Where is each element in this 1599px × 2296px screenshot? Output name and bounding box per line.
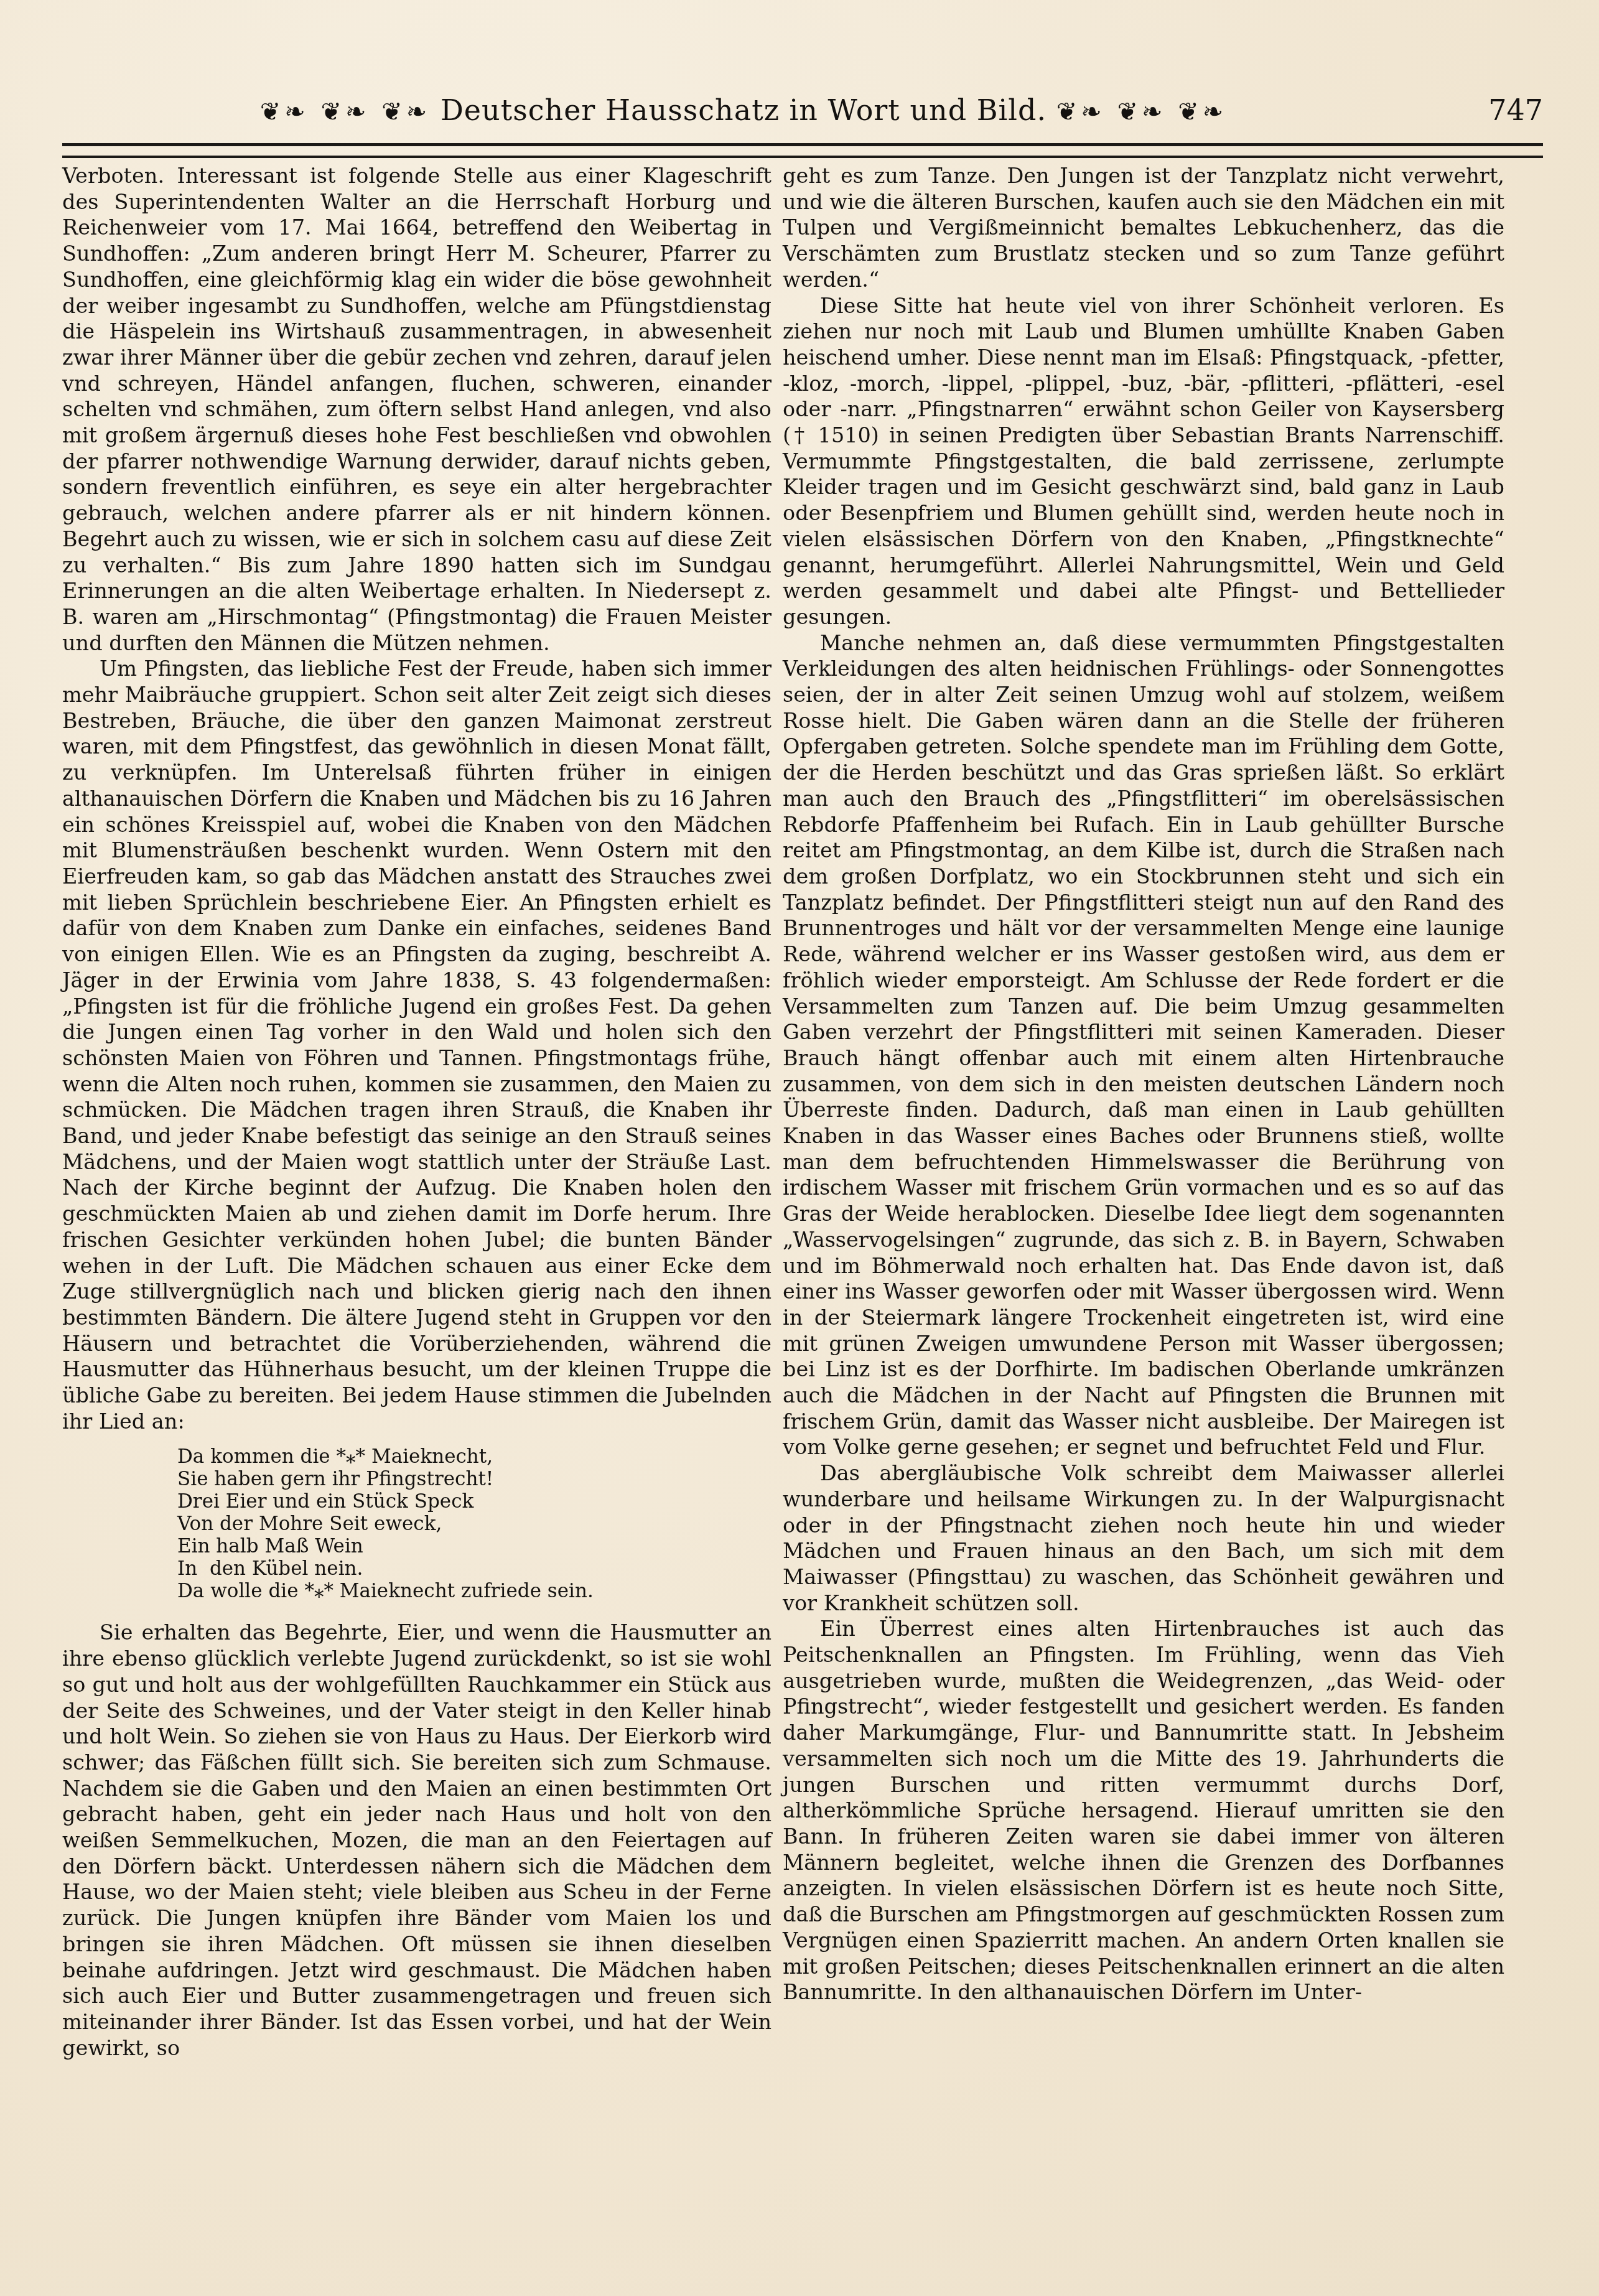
poem-line: Von der Mohre Seit eweck, <box>177 1513 772 1535</box>
page-number: 747 <box>1488 93 1543 127</box>
header-rule-top <box>62 143 1543 146</box>
poem-line: In den Kübel nein. <box>177 1557 772 1580</box>
paragraph: Diese Sitte hat heute viel von ihrer Sch… <box>783 293 1504 630</box>
left-column: Verboten. Interessant ist folgende Stell… <box>62 163 772 2061</box>
paragraph: Sie erhalten das Begehrte, Eier, und wen… <box>62 1620 772 2061</box>
poem-line: Sie haben gern ihr Pfingstrecht! <box>177 1468 772 1490</box>
poem: Da kommen die *⁎* Maieknecht, Sie haben … <box>177 1445 772 1602</box>
poem-line: Drei Eier und ein Stück Speck <box>177 1490 772 1513</box>
paragraph: Um Pfingsten, das liebliche Fest der Fre… <box>62 656 772 1434</box>
header-rule-bottom <box>62 156 1543 158</box>
paragraph: Ein Überrest eines alten Hirtenbrauches … <box>783 1616 1504 2005</box>
journal-title-text: Deutscher Hausschatz in Wort und Bild. <box>441 93 1047 127</box>
ornament-left-icon: ❦❧ ❦❧ ❦❧ <box>260 98 431 126</box>
journal-title: ❦❧ ❦❧ ❦❧ Deutscher Hausschatz in Wort un… <box>62 93 1425 127</box>
paragraph: Manche nehmen an, daß diese vermummten P… <box>783 630 1504 1461</box>
ornament-right-icon: ❦❧ ❦❧ ❦❧ <box>1056 98 1228 126</box>
poem-line: Da kommen die *⁎* Maieknecht, <box>177 1445 772 1468</box>
poem-line: Ein halb Maß Wein <box>177 1535 772 1557</box>
poem-line: Da wolle die *⁎* Maieknecht zufriede sei… <box>177 1580 772 1602</box>
paragraph: geht es zum Tanze. Den Jungen ist der Ta… <box>783 163 1504 293</box>
paragraph: Das abergläubische Volk schreibt dem Mai… <box>783 1460 1504 1616</box>
running-header: ❦❧ ❦❧ ❦❧ Deutscher Hausschatz in Wort un… <box>62 93 1543 143</box>
right-column: geht es zum Tanze. Den Jungen ist der Ta… <box>783 163 1504 2005</box>
paragraph: Verboten. Interessant ist folgende Stell… <box>62 163 772 656</box>
